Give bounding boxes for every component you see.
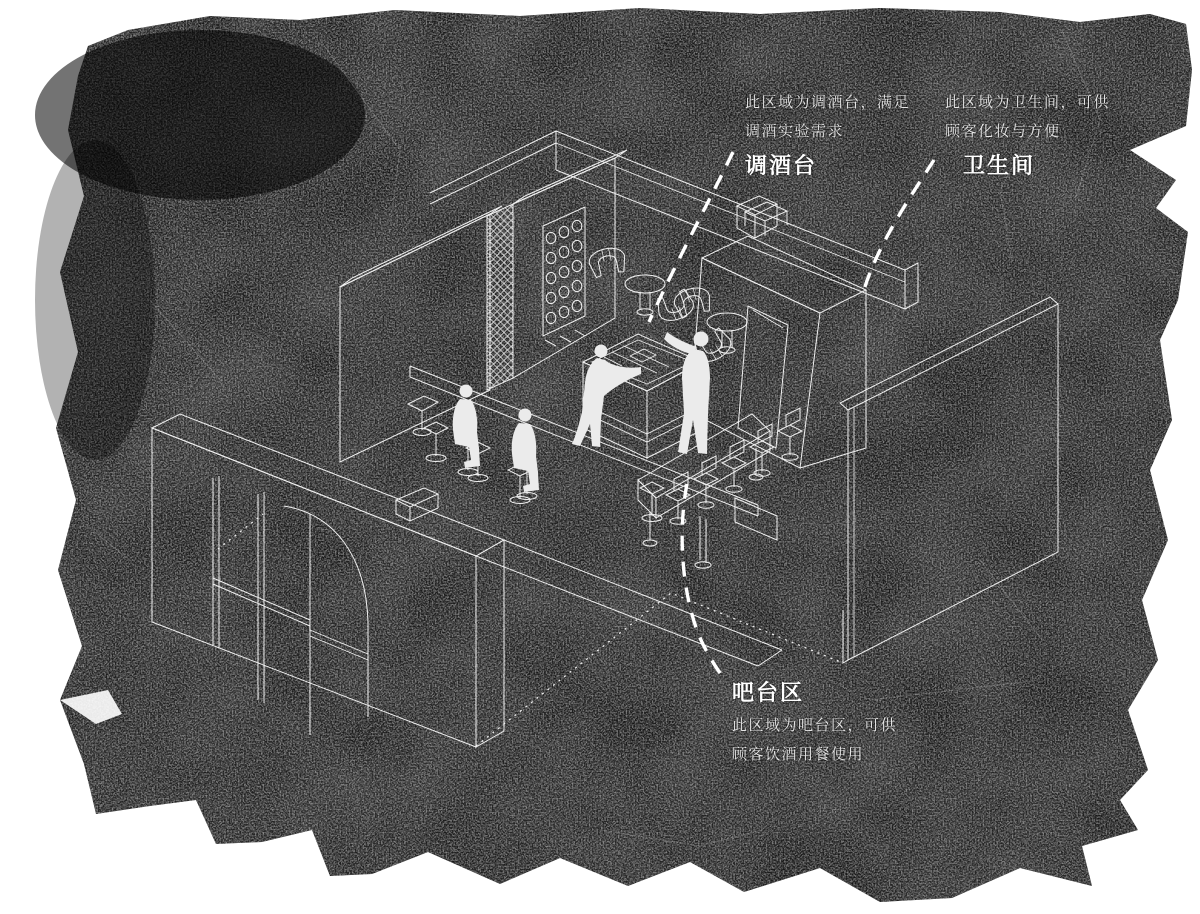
annotation-mixing-station: 此区域为调酒台，满足 调酒实验需求 调酒台 (745, 88, 910, 180)
annotation-bar-area-desc-2: 顾客饮酒用餐使用 (732, 740, 897, 769)
annotation-bar-area-desc-1: 此区域为吧台区，可供 (732, 711, 897, 740)
annotation-restroom-label: 卫生间 (963, 149, 1110, 180)
annotation-mixing-station-desc-1: 此区域为调酒台，满足 (745, 88, 910, 117)
annotation-bar-area-label: 吧台区 (732, 676, 897, 707)
annotation-restroom-desc-2: 顾客化妆与方便 (945, 117, 1110, 146)
annotation-restroom: 此区域为卫生间，可供 顾客化妆与方便 卫生间 (945, 88, 1110, 180)
annotation-bar-area: 吧台区 此区域为吧台区，可供 顾客饮酒用餐使用 (732, 676, 897, 769)
diagram-page: 此区域为调酒台，满足 调酒实验需求 调酒台 此区域为卫生间，可供 顾客化妆与方便… (0, 0, 1200, 914)
annotation-restroom-desc-1: 此区域为卫生间，可供 (945, 88, 1110, 117)
annotation-mixing-station-desc-2: 调酒实验需求 (745, 117, 910, 146)
annotation-mixing-station-label: 调酒台 (745, 149, 910, 180)
